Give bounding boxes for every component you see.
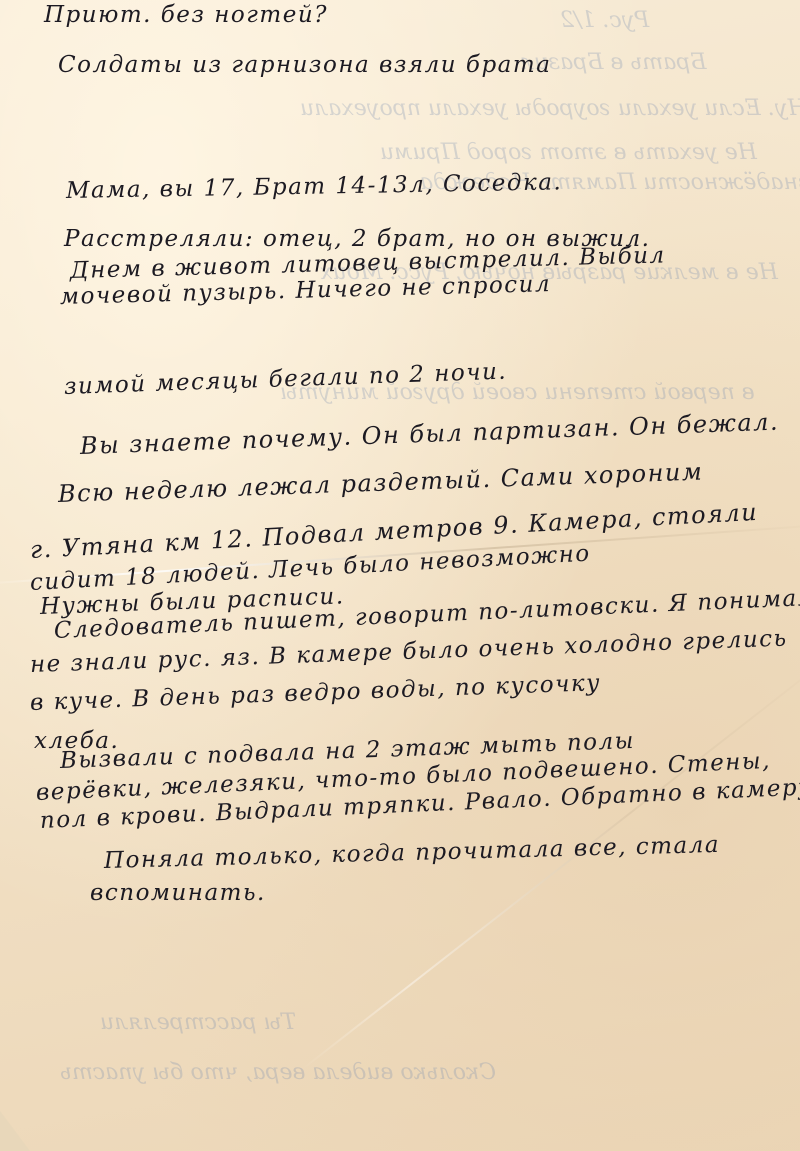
handwritten-line: вспоминать. xyxy=(90,880,266,906)
handwritten-line: Приют. без ногтей? xyxy=(44,2,328,28)
handwritten-line: Солдаты из гарнизона взяли брата xyxy=(58,52,551,78)
folded-corner xyxy=(0,1111,30,1151)
